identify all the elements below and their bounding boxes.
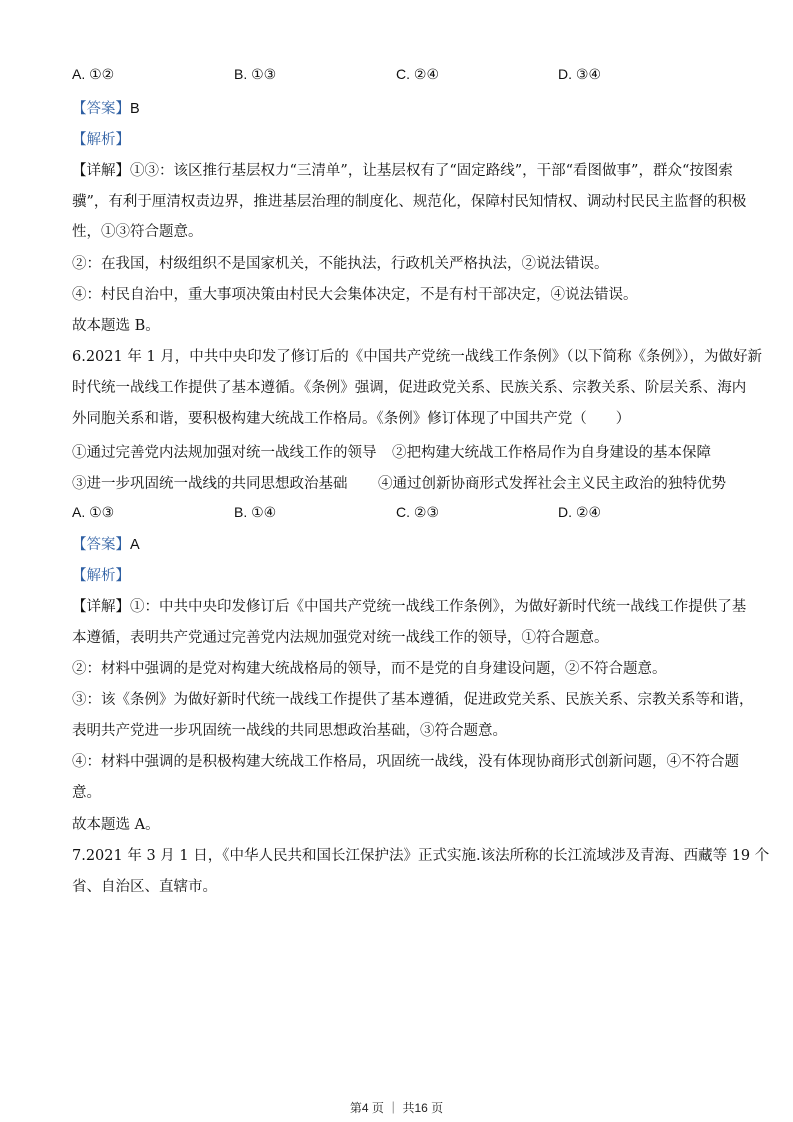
q5-option-a: A. ①② (72, 66, 114, 83)
q5-detail-line: 骥”，有利于厘清权责边界，推进基层治理的制度化、规范化，保障村民知情权、调动村民… (72, 192, 722, 212)
q5-detail-line: ④：村民自治中，重大事项决策由村民大会集体决定，不是有村干部决定，④说法错误。 (72, 285, 722, 305)
q6-answer: 【答案】A (72, 535, 722, 555)
analysis-label: 【解析】 (72, 132, 130, 148)
q6-statement-3: ③进一步巩固统一战线的共同思想政治基础 (72, 472, 348, 493)
detail-label: 【详解】 (72, 599, 130, 615)
analysis-label: 【解析】 (72, 568, 130, 584)
q5-analysis-heading: 【解析】 (72, 130, 722, 150)
q5-option-b: B. ①③ (234, 66, 276, 83)
q6-statement-4: ④通过创新协商形式发挥社会主义民主政治的独特优势 (378, 472, 726, 493)
answer-value: B (130, 101, 140, 117)
q5-detail-line: 性，①③符合题意。 (72, 222, 722, 242)
q5-detail-line: ②：在我国，村级组织不是国家机关，不能执法，行政机关严格执法，②说法错误。 (72, 254, 722, 274)
q6-detail-line: 本遵循，表明共产党通过完善党内法规加强党对统一战线工作的领导，①符合题意。 (72, 628, 722, 648)
q6-option-c: C. ②③ (396, 504, 439, 521)
q6-detail-line: ③：该《条例》为做好新时代统一战线工作提供了基本遵循，促进政党关系、民族关系、宗… (72, 690, 722, 710)
q6-stem-line: 6.2021 年 1 月，中共中央印发了修订后的《中国共产党统一战线工作条例》（… (72, 347, 722, 367)
q6-analysis-heading: 【解析】 (72, 566, 722, 586)
detail-label: 【详解】 (72, 163, 130, 179)
q5-conclusion: 故本题选 B。 (72, 316, 722, 336)
q6-conclusion: 故本题选 A。 (72, 815, 722, 835)
q5-detail-line: 【详解】①③：该区推行基层权力“三清单”，让基层权有了“固定路线”，干部“看图做… (72, 161, 722, 181)
q6-detail-line: 表明共产党进一步巩固统一战线的共同思想政治基础，③符合题意。 (72, 721, 722, 741)
q6-detail-line: 【详解】①：中共中央印发修订后《中国共产党统一战线工作条例》，为做好新时代统一战… (72, 597, 722, 617)
q6-option-d: D. ②④ (558, 504, 601, 521)
q5-option-d: D. ③④ (558, 66, 601, 83)
q7-stem-line: 省、自治区、直辖市。 (72, 877, 722, 897)
q6-detail-line: 意。 (72, 783, 722, 803)
q6-option-b: B. ①④ (234, 504, 276, 521)
answer-value: A (130, 537, 140, 553)
q6-stem-line: 外同胞关系和谐，要积极构建大统战工作格局。《条例》修订体现了中国共产党（ ） (72, 409, 722, 429)
answer-label: 【答案】 (72, 537, 130, 553)
q6-options: A. ①③ B. ①④ C. ②③ D. ②④ (72, 504, 722, 524)
answer-label: 【答案】 (72, 101, 130, 117)
q6-statements-row-2: ③进一步巩固统一战线的共同思想政治基础 ④通过创新协商形式发挥社会主义民主政治的… (72, 472, 732, 492)
q6-detail-line: ④：材料中强调的是积极构建大统战工作格局，巩固统一战线，没有体现协商形式创新问题… (72, 752, 722, 772)
q6-option-a: A. ①③ (72, 504, 114, 521)
q6-detail-line: ②：材料中强调的是党对构建大统战格局的领导，而不是党的自身建设问题，②不符合题意… (72, 659, 722, 679)
q5-option-c: C. ②④ (396, 66, 439, 83)
q5-options: A. ①② B. ①③ C. ②④ D. ③④ (72, 66, 722, 86)
q6-statements-row-1: ①通过完善党内法规加强对统一战线工作的领导 ②把构建大统战工作格局作为自身建设的… (72, 441, 732, 461)
q6-statement-2: ②把构建大统战工作格局作为自身建设的基本保障 (392, 441, 711, 462)
q5-answer: 【答案】B (72, 99, 722, 119)
page-footer: 第4 页 ｜ 共16 页 (0, 1099, 793, 1116)
q6-stem-line: 时代统一战线工作提供了基本遵循。《条例》强调，促进政党关系、民族关系、宗教关系、… (72, 378, 722, 398)
q7-stem-line: 7.2021 年 3 月 1 日，《中华人民共和国长江保护法》正式实施.该法所称… (72, 846, 722, 866)
q6-statement-1: ①通过完善党内法规加强对统一战线工作的领导 (72, 441, 377, 462)
document-page: A. ①② B. ①③ C. ②④ D. ③④ 【答案】B 【解析】 【详解】①… (0, 0, 793, 1122)
